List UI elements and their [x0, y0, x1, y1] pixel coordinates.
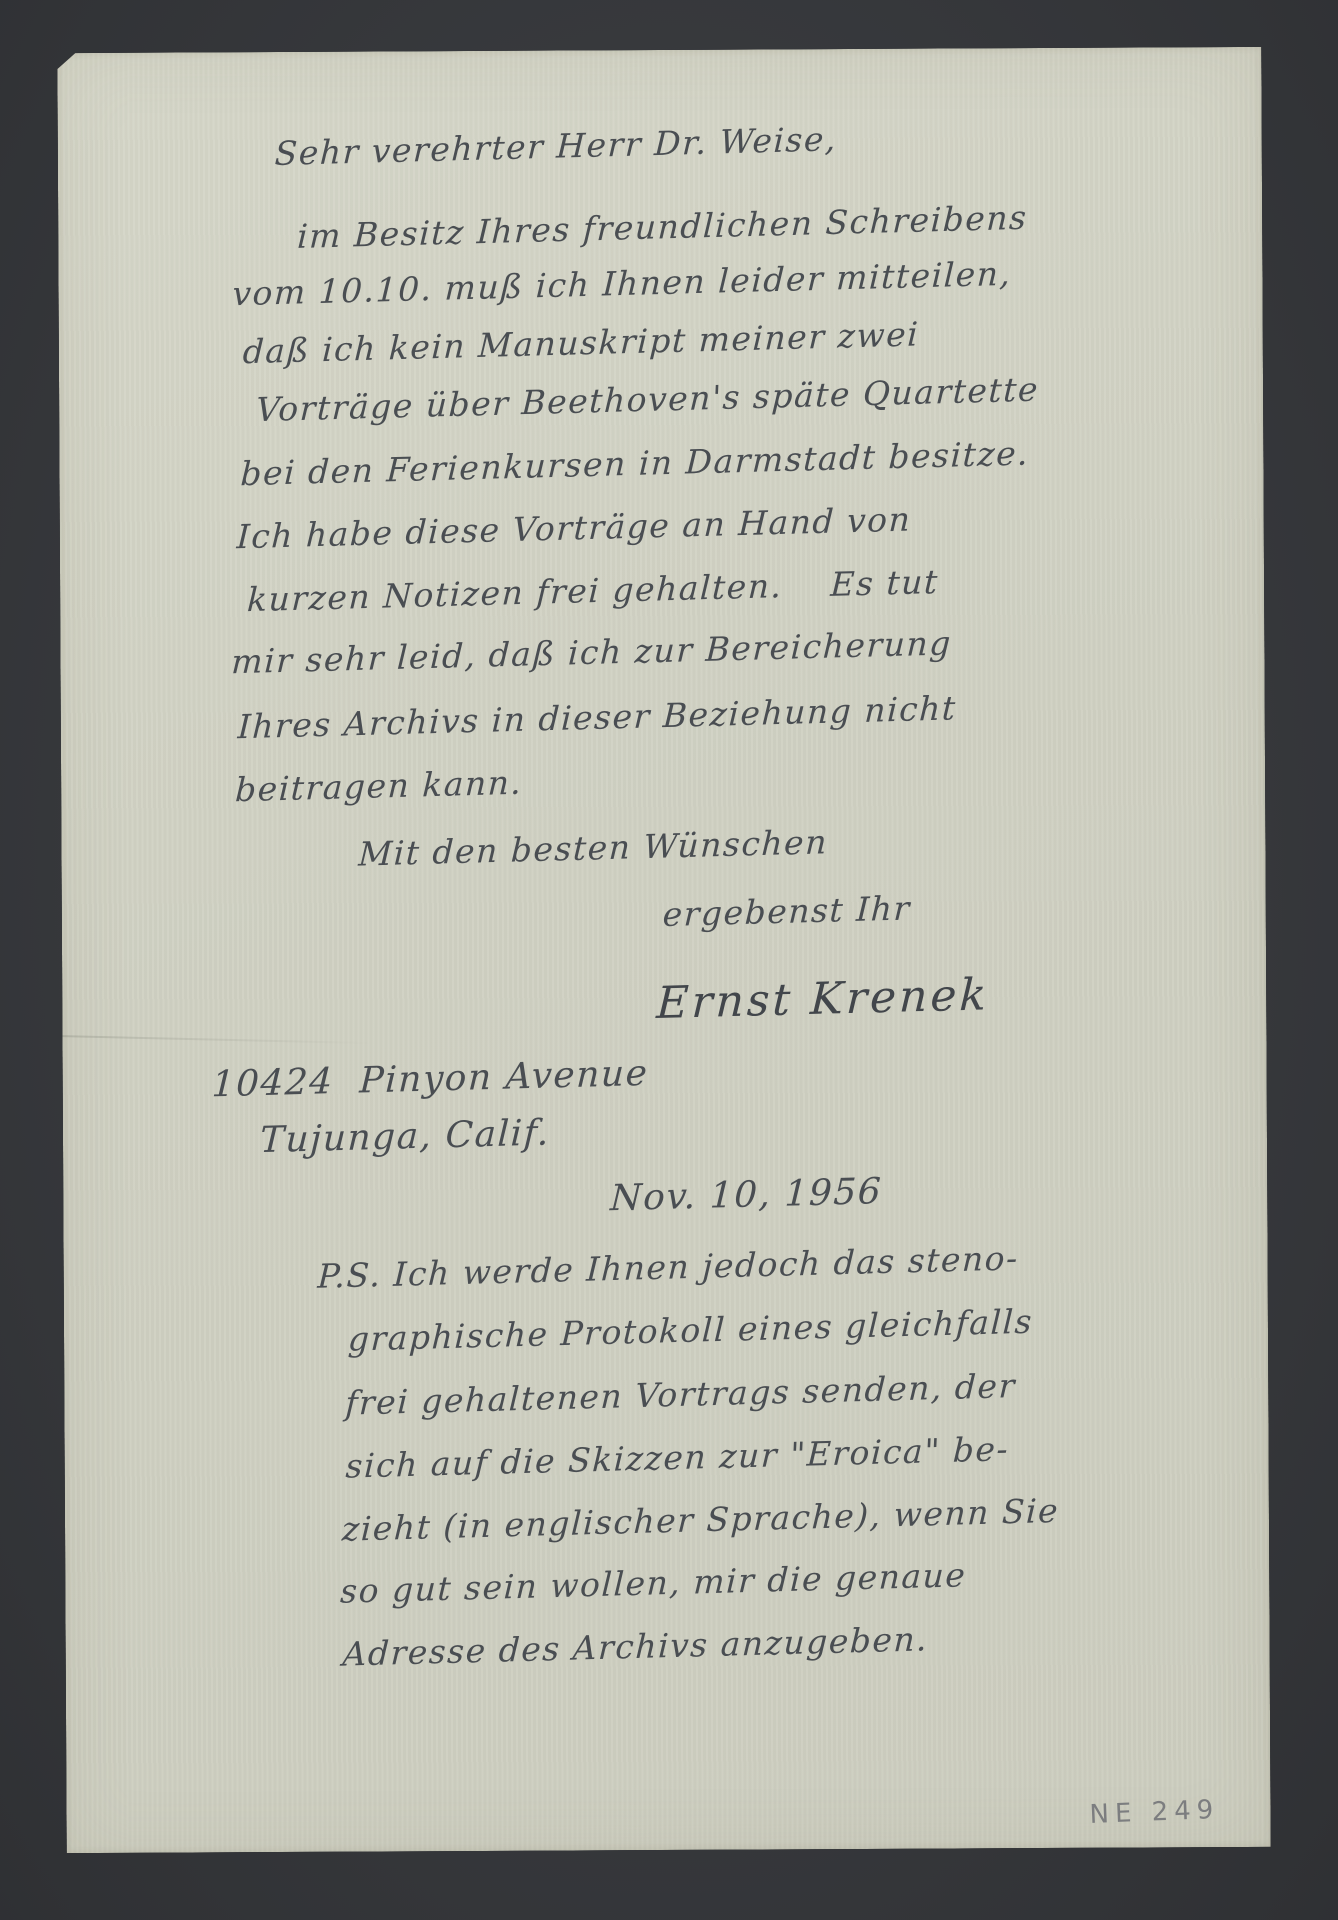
postscript-line: zieht (in englischer Sprache), wenn Sie	[341, 1491, 1060, 1549]
body-line: vom 10.10. muß ich Ihnen leider mitteile…	[232, 254, 1013, 313]
salutation: Sehr verehrter Herr Dr. Weise,	[274, 119, 838, 173]
postscript-line: P.S. Ich werde Ihnen jedoch das steno-	[317, 1238, 1020, 1295]
postscript-line: so gut sein wollen, mir die genaue	[339, 1555, 967, 1610]
body-line: kurzen Notizen frei gehalten. Es tut	[246, 562, 939, 619]
fold-crease	[62, 1035, 372, 1044]
body-line: Ich habe diese Vorträge an Hand von	[236, 500, 912, 557]
body-line: im Besitz Ihres freundlichen Schreibens	[296, 198, 1028, 256]
signature: Ernst Krenek	[655, 969, 990, 1029]
postscript-line: Adresse des Archivs anzugeben.	[342, 1619, 929, 1673]
address-line: 10424 Pinyon Avenue	[211, 1053, 649, 1105]
body-line: daß ich kein Manuskript meiner zwei	[242, 314, 920, 371]
date-line: Nov. 10, 1956	[609, 1171, 883, 1219]
body-line: beitragen kann.	[234, 763, 523, 810]
closing-line: Mit den besten Wünschen	[358, 822, 829, 873]
postscript-line: sich auf die Skizzen zur "Eroica" be-	[345, 1429, 1010, 1485]
body-line: Ihres Archivs in dieser Beziehung nicht	[237, 688, 958, 746]
address-line: Tujunga, Calif.	[259, 1112, 551, 1161]
postscript-line: graphische Protokoll eines gleichfalls	[347, 1302, 1034, 1359]
body-line: Vorträge über Beethoven's späte Quartett…	[255, 370, 1040, 430]
body-line: bei den Ferienkursen in Darmstadt besitz…	[240, 434, 1031, 494]
valediction-line: ergebenst Ihr	[662, 888, 912, 934]
postscript-line: frei gehaltenen Vortrags senden, der	[344, 1366, 1016, 1423]
letter-paper: Sehr verehrter Herr Dr. Weise, im Besitz…	[57, 47, 1270, 1853]
archive-mark: NE 249	[1089, 1795, 1220, 1830]
photo-background: Sehr verehrter Herr Dr. Weise, im Besitz…	[0, 0, 1338, 1920]
body-line: mir sehr leid, daß ich zur Bereicherung	[231, 623, 953, 681]
